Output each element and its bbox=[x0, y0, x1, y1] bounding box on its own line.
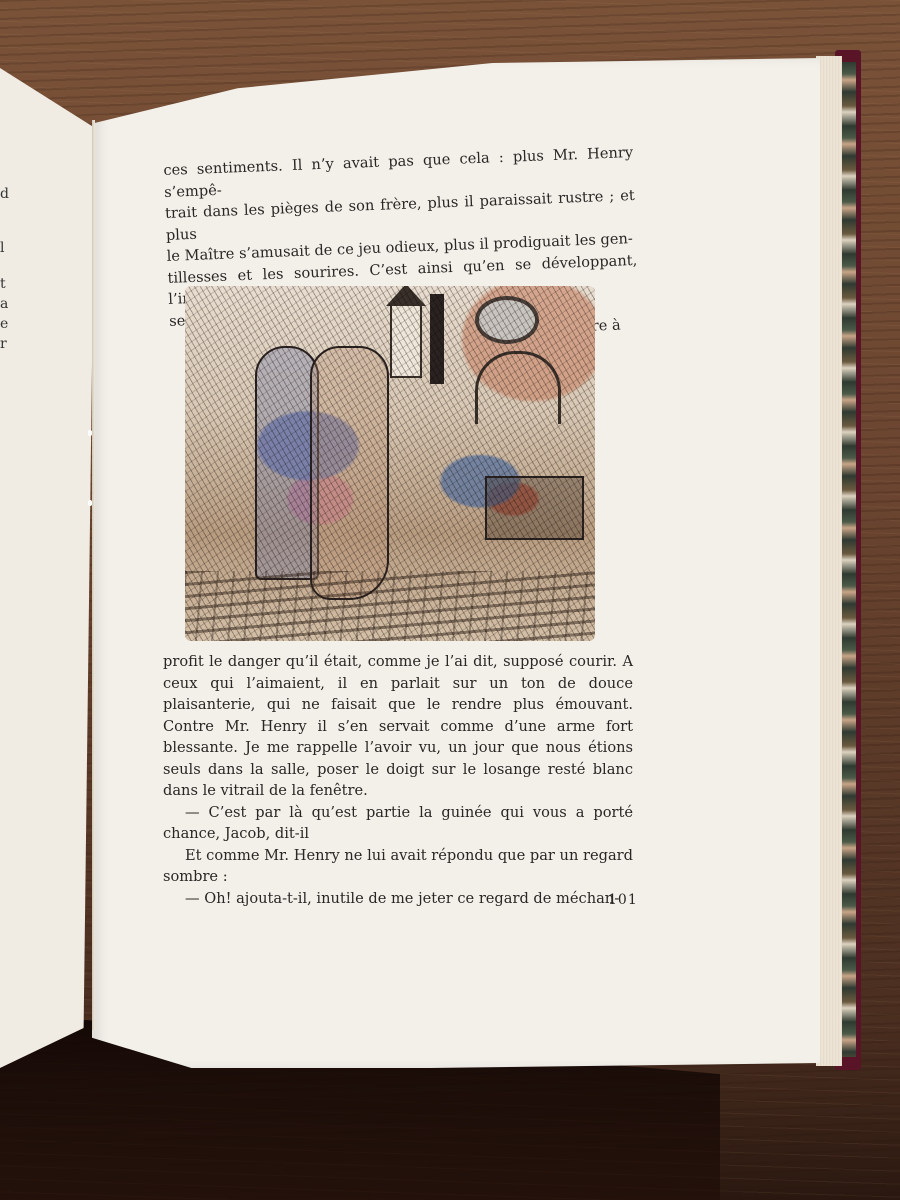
street-scene-illustration bbox=[185, 286, 595, 641]
left-page-fragment: l bbox=[0, 240, 4, 256]
marbled-endpaper bbox=[842, 62, 856, 1057]
engraving-hatching bbox=[185, 286, 595, 641]
left-page-fragment: t bbox=[0, 276, 6, 292]
paragraph: — Oh! ajouta-t-il, inutile de me jeter c… bbox=[163, 888, 633, 910]
binding-stitch bbox=[88, 430, 92, 436]
bottom-paragraphs: profit le danger qu’il était, comme je l… bbox=[163, 651, 633, 909]
left-page-fragment: e bbox=[0, 316, 8, 332]
binding-stitch bbox=[88, 500, 92, 506]
paragraph: Et comme Mr. Henry ne lui avait répondu … bbox=[163, 845, 633, 888]
left-page-fragment: a bbox=[0, 296, 8, 312]
paragraph: — C’est par là qu’est partie la guinée q… bbox=[163, 802, 633, 845]
left-page: d l t a e r bbox=[0, 68, 95, 1068]
book-gutter bbox=[92, 120, 95, 1030]
paragraph: profit le danger qu’il était, comme je l… bbox=[163, 651, 633, 802]
left-page-fragment: d bbox=[0, 186, 9, 202]
left-page-fragment: r bbox=[0, 336, 7, 352]
page-number: 101 bbox=[608, 892, 638, 908]
